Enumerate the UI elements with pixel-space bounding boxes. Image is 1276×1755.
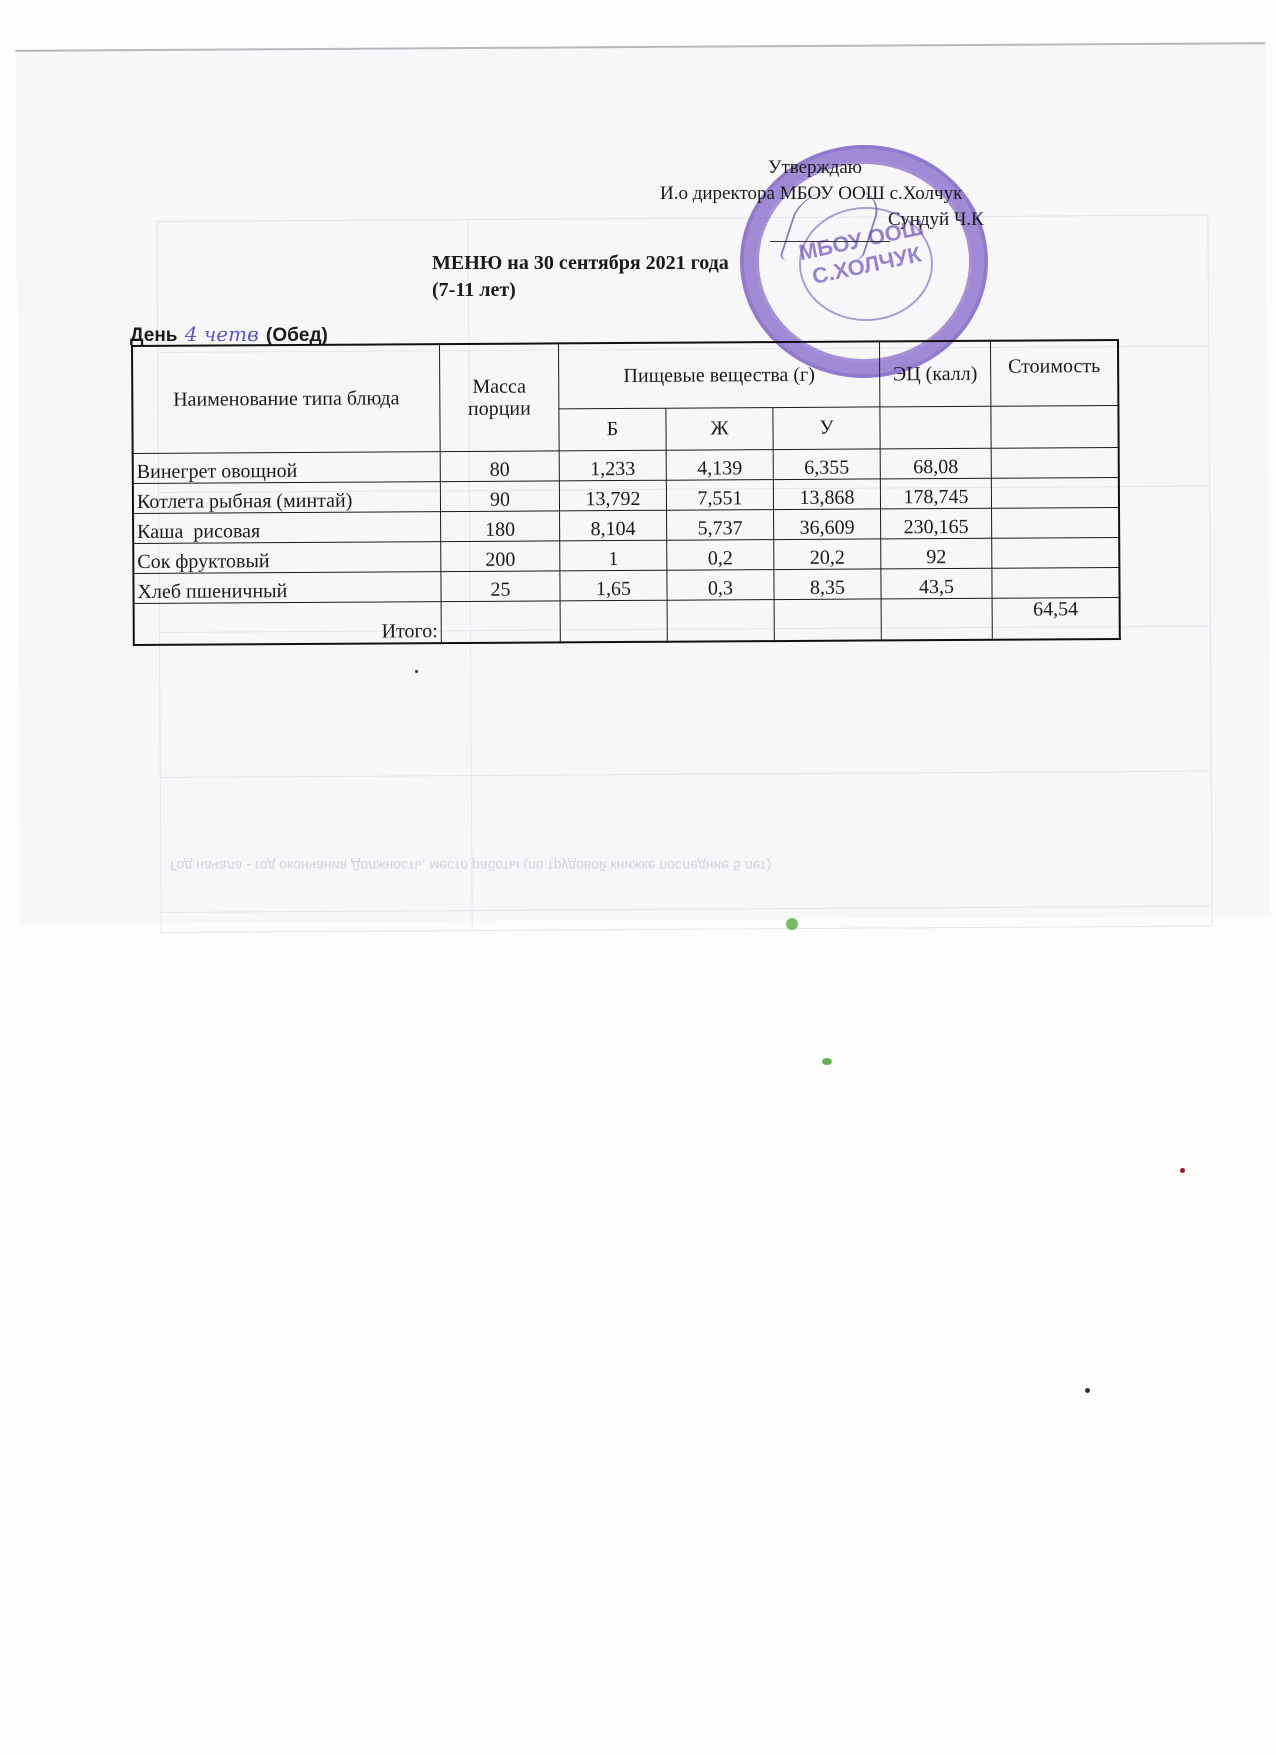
table-header-row: Наименование типа блюда Масса порции Пищ… xyxy=(132,340,1118,411)
bleed-through-text: Год начала - год окончания Должность, ме… xyxy=(170,858,1170,874)
approval-name: Сундуй Ч.К xyxy=(888,207,984,233)
approval-heading: Утверждаю xyxy=(768,155,968,181)
header-nutrients: Пищевые вещества (г) xyxy=(558,341,879,408)
approval-position: И.о директора МБОУ ООШ с.Холчук xyxy=(660,181,962,207)
meal-label: (Обед) xyxy=(266,325,328,346)
header-portion-mass: Масса порции xyxy=(440,343,560,451)
table-total-row: Итого: 64,54 xyxy=(134,597,1120,645)
menu-title-age: (7-11 лет) xyxy=(432,277,729,304)
header-dish-name: Наименование типа блюда xyxy=(132,344,440,453)
signature-line xyxy=(770,241,890,242)
header-protein: Б xyxy=(559,408,666,451)
total-cost: 64,54 xyxy=(992,597,1120,639)
green-speck xyxy=(786,918,798,930)
red-speck xyxy=(1180,1168,1185,1173)
header-cost-empty xyxy=(991,405,1119,448)
day-label: День xyxy=(130,325,178,346)
header-energy: ЭЦ (калл) xyxy=(879,341,990,407)
header-energy-empty xyxy=(880,406,991,449)
menu-title: МЕНЮ на 30 сентября 2021 года (7-11 лет) xyxy=(432,250,729,304)
header-cost: Стоимость xyxy=(990,340,1118,406)
menu-table: Наименование типа блюда Масса порции Пищ… xyxy=(131,339,1121,646)
menu-title-date: МЕНЮ на 30 сентября 2021 года xyxy=(432,250,729,277)
green-speck xyxy=(822,1058,832,1065)
day-handwritten-value: 4 четв xyxy=(185,322,259,346)
header-carbs: У xyxy=(773,407,880,450)
dark-speck xyxy=(415,670,418,673)
header-fat: Ж xyxy=(666,407,773,450)
total-label: Итого: xyxy=(134,602,442,645)
dark-speck xyxy=(1085,1388,1090,1393)
